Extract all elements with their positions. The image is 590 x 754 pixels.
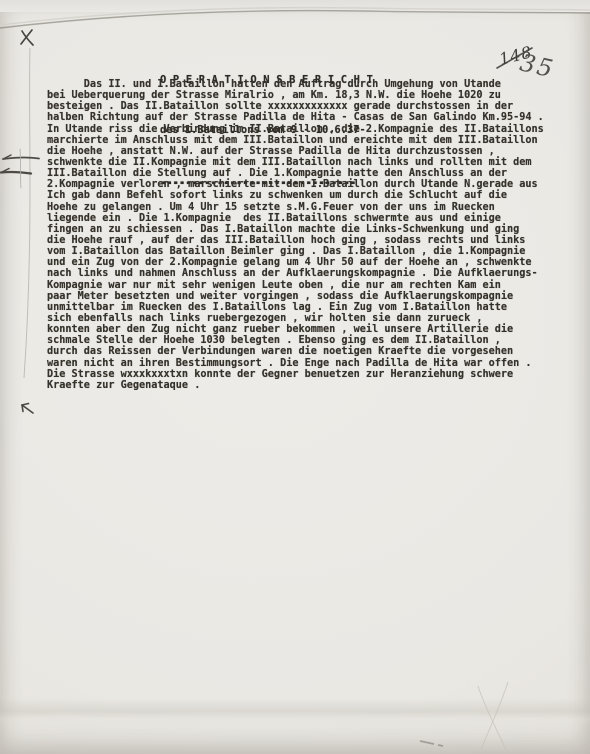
text-line: marchierte im Anschluss mit dem III.Bata…: [47, 135, 544, 146]
scanned-document-page: O P E R A T I O N S B E R I C H T des 1.…: [0, 0, 590, 754]
text-line: paar Meter besetzten und weiter vorginge…: [47, 291, 544, 302]
text-line: 2.Kompagnie verloren , marschierte mit d…: [47, 179, 544, 190]
report-body: Das II. und I.Bataillon hatten den Auftr…: [47, 79, 544, 391]
text-line: sich ebenfalls nach links ruebergezogen …: [47, 313, 544, 324]
text-line: schwenkte die II.Kompagnie mit dem III.B…: [47, 157, 544, 168]
text-line: die Hoehe , anstatt N.W. auf der Strasse…: [47, 146, 544, 157]
text-line: vom I.Bataillon das Bataillon Beimler gi…: [47, 246, 544, 257]
text-line: besteigen . Das II.Bataillon sollte xxxx…: [47, 101, 544, 112]
text-line: Ich gab dann Befehl sofort links zu schw…: [47, 190, 544, 201]
text-line: halben Richtung auf der Strasse Padilla …: [47, 112, 544, 123]
text-line: In Utande riss die Verbindung im II.Bata…: [47, 124, 544, 135]
paper-top-edge: [0, 0, 590, 12]
text-line: durch das Reissen der Verbindungen waren…: [47, 346, 544, 357]
paper-fold-shadow: [0, 698, 590, 728]
text-line: Die Strasse wxxxkxxxtxn konnte der Gegne…: [47, 369, 544, 380]
bottom-edge-smudge: [420, 741, 443, 746]
text-line: Kraefte zur Gegenataque .: [47, 380, 544, 391]
text-line: bei Ueberquerung der Strasse Miralrio , …: [47, 90, 544, 101]
text-line: waren nicht an ihren Bestimmungsort . Di…: [47, 358, 544, 369]
text-line: Das II. und I.Bataillon hatten den Auftr…: [47, 79, 544, 90]
text-line: unmittelbar im Ruecken des I.Bataillons …: [47, 302, 544, 313]
top-crease-line: [0, 11, 590, 28]
text-line: III.Bataillon die Stellung auf . Die 1.K…: [47, 168, 544, 179]
text-line: die Hoehe rauf , auf der das III.Bataill…: [47, 235, 544, 246]
margin-arrow-strokes: [1, 149, 39, 188]
text-line: und ein Zug von der 2.Kompagnie gelang u…: [47, 257, 544, 268]
text-line: konnten aber den Zug nicht ganz rueber b…: [47, 324, 544, 335]
text-line: schmale Stelle der Hoehe 1030 belegten .…: [47, 335, 544, 346]
text-line: Kompagnie war nur mit sehr wenigen Leute…: [47, 280, 544, 291]
vertical-crease-line: [24, 48, 30, 378]
text-line: Hoehe zu gelangen . Um 4 Uhr 15 setzte s…: [47, 202, 544, 213]
text-line: liegende ein . Die 1.Kompagnie des II.Ba…: [47, 213, 544, 224]
text-line: nach links und nahmen Anschluss an der A…: [47, 268, 544, 279]
corner-arrow-mark: [22, 404, 33, 414]
handwritten-x-mark: [21, 30, 33, 45]
text-line: fingen an zu schiessen . Das I.Bataillon…: [47, 224, 544, 235]
